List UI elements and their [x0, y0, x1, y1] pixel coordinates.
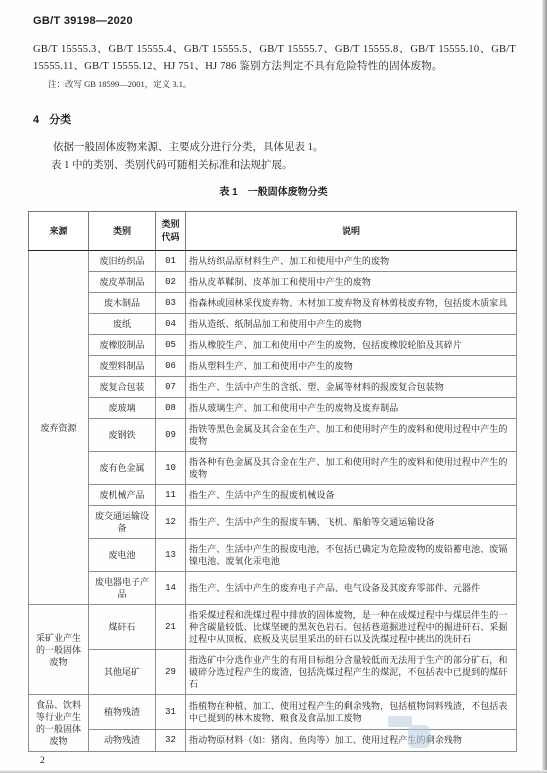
section-number: 4 — [33, 114, 39, 126]
page-number: 2 — [40, 756, 45, 766]
watermark-stamp-icon — [388, 716, 432, 750]
document-page: GB/T 39198—2020 GB/T 15555.3、GB/T 15555.… — [0, 0, 547, 773]
description-cell: 指从橡胶生产、加工和使用中产生的废物，包括废橡胶轮胎及其碎片 — [186, 335, 517, 356]
code-cell: 04 — [156, 314, 186, 335]
description-cell: 指各种有色金属及其合金在生产、加工和使用时产生的废料和使用过程中产生的废物 — [186, 452, 517, 485]
code-cell: 05 — [156, 335, 186, 356]
table-row: 废纸 04 指从造纸、纸制品加工和使用中产生的废物 — [29, 314, 517, 335]
description-cell: 指生产、生活中产生的报废电池，不包括已确定为危险废物的废铅蓄电池、废镉镍电池、废… — [186, 539, 517, 572]
description-cell: 指选矿中分选作业产生的有用目标组分含量较低而无法用于生产的部分矿石，和破碎分选过… — [186, 650, 517, 695]
description-cell: 指生产、生活中产生的报废车辆、飞机、船舶等交通运输设备 — [186, 506, 517, 539]
category-cell: 废电器电子产品 — [89, 572, 156, 605]
category-cell: 废纸 — [89, 314, 156, 335]
body-paragraph: GB/T 15555.3、GB/T 15555.4、GB/T 15555.5、G… — [33, 41, 516, 75]
table-row: 废机械产品 11 指生产、生活中产生的报废机械设备 — [29, 485, 517, 506]
category-cell: 动物残渣 — [89, 729, 156, 751]
description-cell: 指从纺织品原材料生产、加工和使用中产生的废物 — [186, 251, 517, 272]
table-row: 废橡胶制品 05 指从橡胶生产、加工和使用中产生的废物，包括废橡胶轮胎及其碎片 — [29, 335, 517, 356]
description-cell: 指从造纸、纸制品加工和使用中产生的废物 — [186, 314, 517, 335]
watermark-bar — [388, 716, 412, 727]
category-cell: 废交通运输设备 — [89, 506, 156, 539]
section-heading: 4分类 — [33, 111, 71, 127]
description-cell: 指从玻璃生产、加工和使用中产生的废物及废弃制品 — [186, 398, 517, 419]
table-row: 废弃资源 废旧纺织品 01 指从纺织品原材料生产、加工和使用中产生的废物 — [29, 251, 517, 272]
table-caption: 表 1 一般固体废物分类 — [0, 183, 547, 198]
category-cell: 废电池 — [89, 539, 156, 572]
source-group-cell: 废弃资源 — [29, 251, 89, 605]
code-cell: 10 — [156, 452, 186, 485]
code-cell: 32 — [156, 729, 186, 751]
code-cell: 14 — [156, 572, 186, 605]
table-row: 废皮革制品 02 指从皮革鞣制、皮革加工和使用中产生的废物 — [29, 272, 517, 293]
code-cell: 01 — [156, 251, 186, 272]
code-cell: 03 — [156, 293, 186, 314]
description-cell: 指生产、生活中产生的报废机械设备 — [186, 485, 517, 506]
table-row: 废电池 13 指生产、生活中产生的报废电池，不包括已确定为危险废物的废铅蓄电池、… — [29, 539, 517, 572]
table-row: 动物残渣 32 指动物原材料（如：猪肉、鱼肉等）加工、使用过程产生的剩余残物 — [29, 729, 517, 751]
category-cell: 废机械产品 — [89, 485, 156, 506]
note-line: 注：改写 GB 18599—2001，定义 3.1。 — [48, 78, 192, 90]
category-cell: 煤矸石 — [89, 605, 156, 650]
col-header-description: 说明 — [186, 212, 517, 251]
code-cell: 29 — [156, 650, 186, 695]
code-cell: 11 — [156, 485, 186, 506]
table-row: 废塑料制品 06 指从塑料生产、加工和使用中产生的废物 — [29, 356, 517, 377]
code-cell: 21 — [156, 605, 186, 650]
col-header-code: 类别代码 — [156, 212, 186, 251]
category-cell: 废玻璃 — [89, 398, 156, 419]
category-cell: 废复合包装 — [89, 377, 156, 398]
category-cell: 植物残渣 — [89, 695, 156, 730]
description-cell: 指生产、生活中产生的废弃电子产品、电气设备及其废弃零部件、元器件 — [186, 572, 517, 605]
watermark-seal — [408, 725, 430, 748]
table-row: 废交通运输设备 12 指生产、生活中产生的报废车辆、飞机、船舶等交通运输设备 — [29, 506, 517, 539]
description-cell: 指铁等黑色金属及其合金在生产、加工和使用时产生的废料和使用过程中产生的废物 — [186, 419, 517, 452]
table-row: 废电器电子产品 14 指生产、生活中产生的废弃电子产品、电气设备及其废弃零部件、… — [29, 572, 517, 605]
description-cell: 指采煤过程和洗煤过程中排放的固体废物，是一种在成煤过程中与煤层伴生的一种含碳量较… — [186, 605, 517, 650]
description-cell: 指动物原材料（如：猪肉、鱼肉等）加工、使用过程产生的剩余残物 — [186, 729, 517, 751]
table-row: 废木制品 03 指森林或园林采伐废弃物、木材加工废弃物及育林剪枝废弃物，包括废木… — [29, 293, 517, 314]
description-cell: 指从皮革鞣制、皮革加工和使用中产生的废物 — [186, 272, 517, 293]
table-row: 废有色金属 10 指各种有色金属及其合金在生产、加工和使用时产生的废料和使用过程… — [29, 452, 517, 485]
code-cell: 13 — [156, 539, 186, 572]
category-cell: 废橡胶制品 — [89, 335, 156, 356]
source-group-cell: 采矿业产生的一般固体废物 — [29, 605, 89, 695]
code-cell: 12 — [156, 506, 186, 539]
code-cell: 09 — [156, 419, 186, 452]
table-row: 废复合包装 07 指生产、生活中产生的含纸、塑、金属等材料的报废复合包装物 — [29, 377, 517, 398]
col-header-category: 类别 — [89, 212, 156, 251]
category-cell: 废塑料制品 — [89, 356, 156, 377]
description-cell: 指从塑料生产、加工和使用中产生的废物 — [186, 356, 517, 377]
code-cell: 08 — [156, 398, 186, 419]
classification-table: 来源 类别 类别代码 说明 废弃资源 废旧纺织品 01 指从纺织品原材料生产、加… — [28, 211, 517, 752]
description-cell: 指森林或园林采伐废弃物、木材加工废弃物及育林剪枝废弃物，包括废木质家具 — [186, 293, 517, 314]
description-cell: 指植物在种植、加工、使用过程产生的剩余残物，包括植物饲料残渣，不包括表中已提到的… — [186, 695, 517, 730]
category-cell: 废旧纺织品 — [89, 251, 156, 272]
category-cell: 废木制品 — [89, 293, 156, 314]
intro-line-1: 依据一般固体废物来源、主要成分进行分类，具体见表 1。 — [53, 139, 323, 154]
code-cell: 31 — [156, 695, 186, 730]
scan-edge-right — [542, 0, 547, 773]
category-cell: 废皮革制品 — [89, 272, 156, 293]
code-cell: 06 — [156, 356, 186, 377]
category-cell: 其他尾矿 — [89, 650, 156, 695]
doc-number: GB/T 39198—2020 — [33, 15, 133, 27]
code-cell: 02 — [156, 272, 186, 293]
section-title: 分类 — [49, 114, 71, 126]
code-cell: 07 — [156, 377, 186, 398]
table-header-row: 来源 类别 类别代码 说明 — [29, 212, 517, 251]
col-header-source: 来源 — [29, 212, 89, 251]
category-cell: 废钢铁 — [89, 419, 156, 452]
intro-line-2: 表 1 中的类别、类别代码可随相关标准和法规扩展。 — [51, 157, 293, 172]
table-row: 食品、饮料等行业产生的一般固体废物 植物残渣 31 指植物在种植、加工、使用过程… — [29, 695, 517, 730]
description-cell: 指生产、生活中产生的含纸、塑、金属等材料的报废复合包装物 — [186, 377, 517, 398]
table-row: 废玻璃 08 指从玻璃生产、加工和使用中产生的废物及废弃制品 — [29, 398, 517, 419]
table-row: 其他尾矿 29 指选矿中分选作业产生的有用目标组分含量较低而无法用于生产的部分矿… — [29, 650, 517, 695]
category-cell: 废有色金属 — [89, 452, 156, 485]
table-row: 废钢铁 09 指铁等黑色金属及其合金在生产、加工和使用时产生的废料和使用过程中产… — [29, 419, 517, 452]
table-row: 采矿业产生的一般固体废物 煤矸石 21 指采煤过程和洗煤过程中排放的固体废物，是… — [29, 605, 517, 650]
source-group-cell: 食品、饮料等行业产生的一般固体废物 — [29, 695, 89, 752]
